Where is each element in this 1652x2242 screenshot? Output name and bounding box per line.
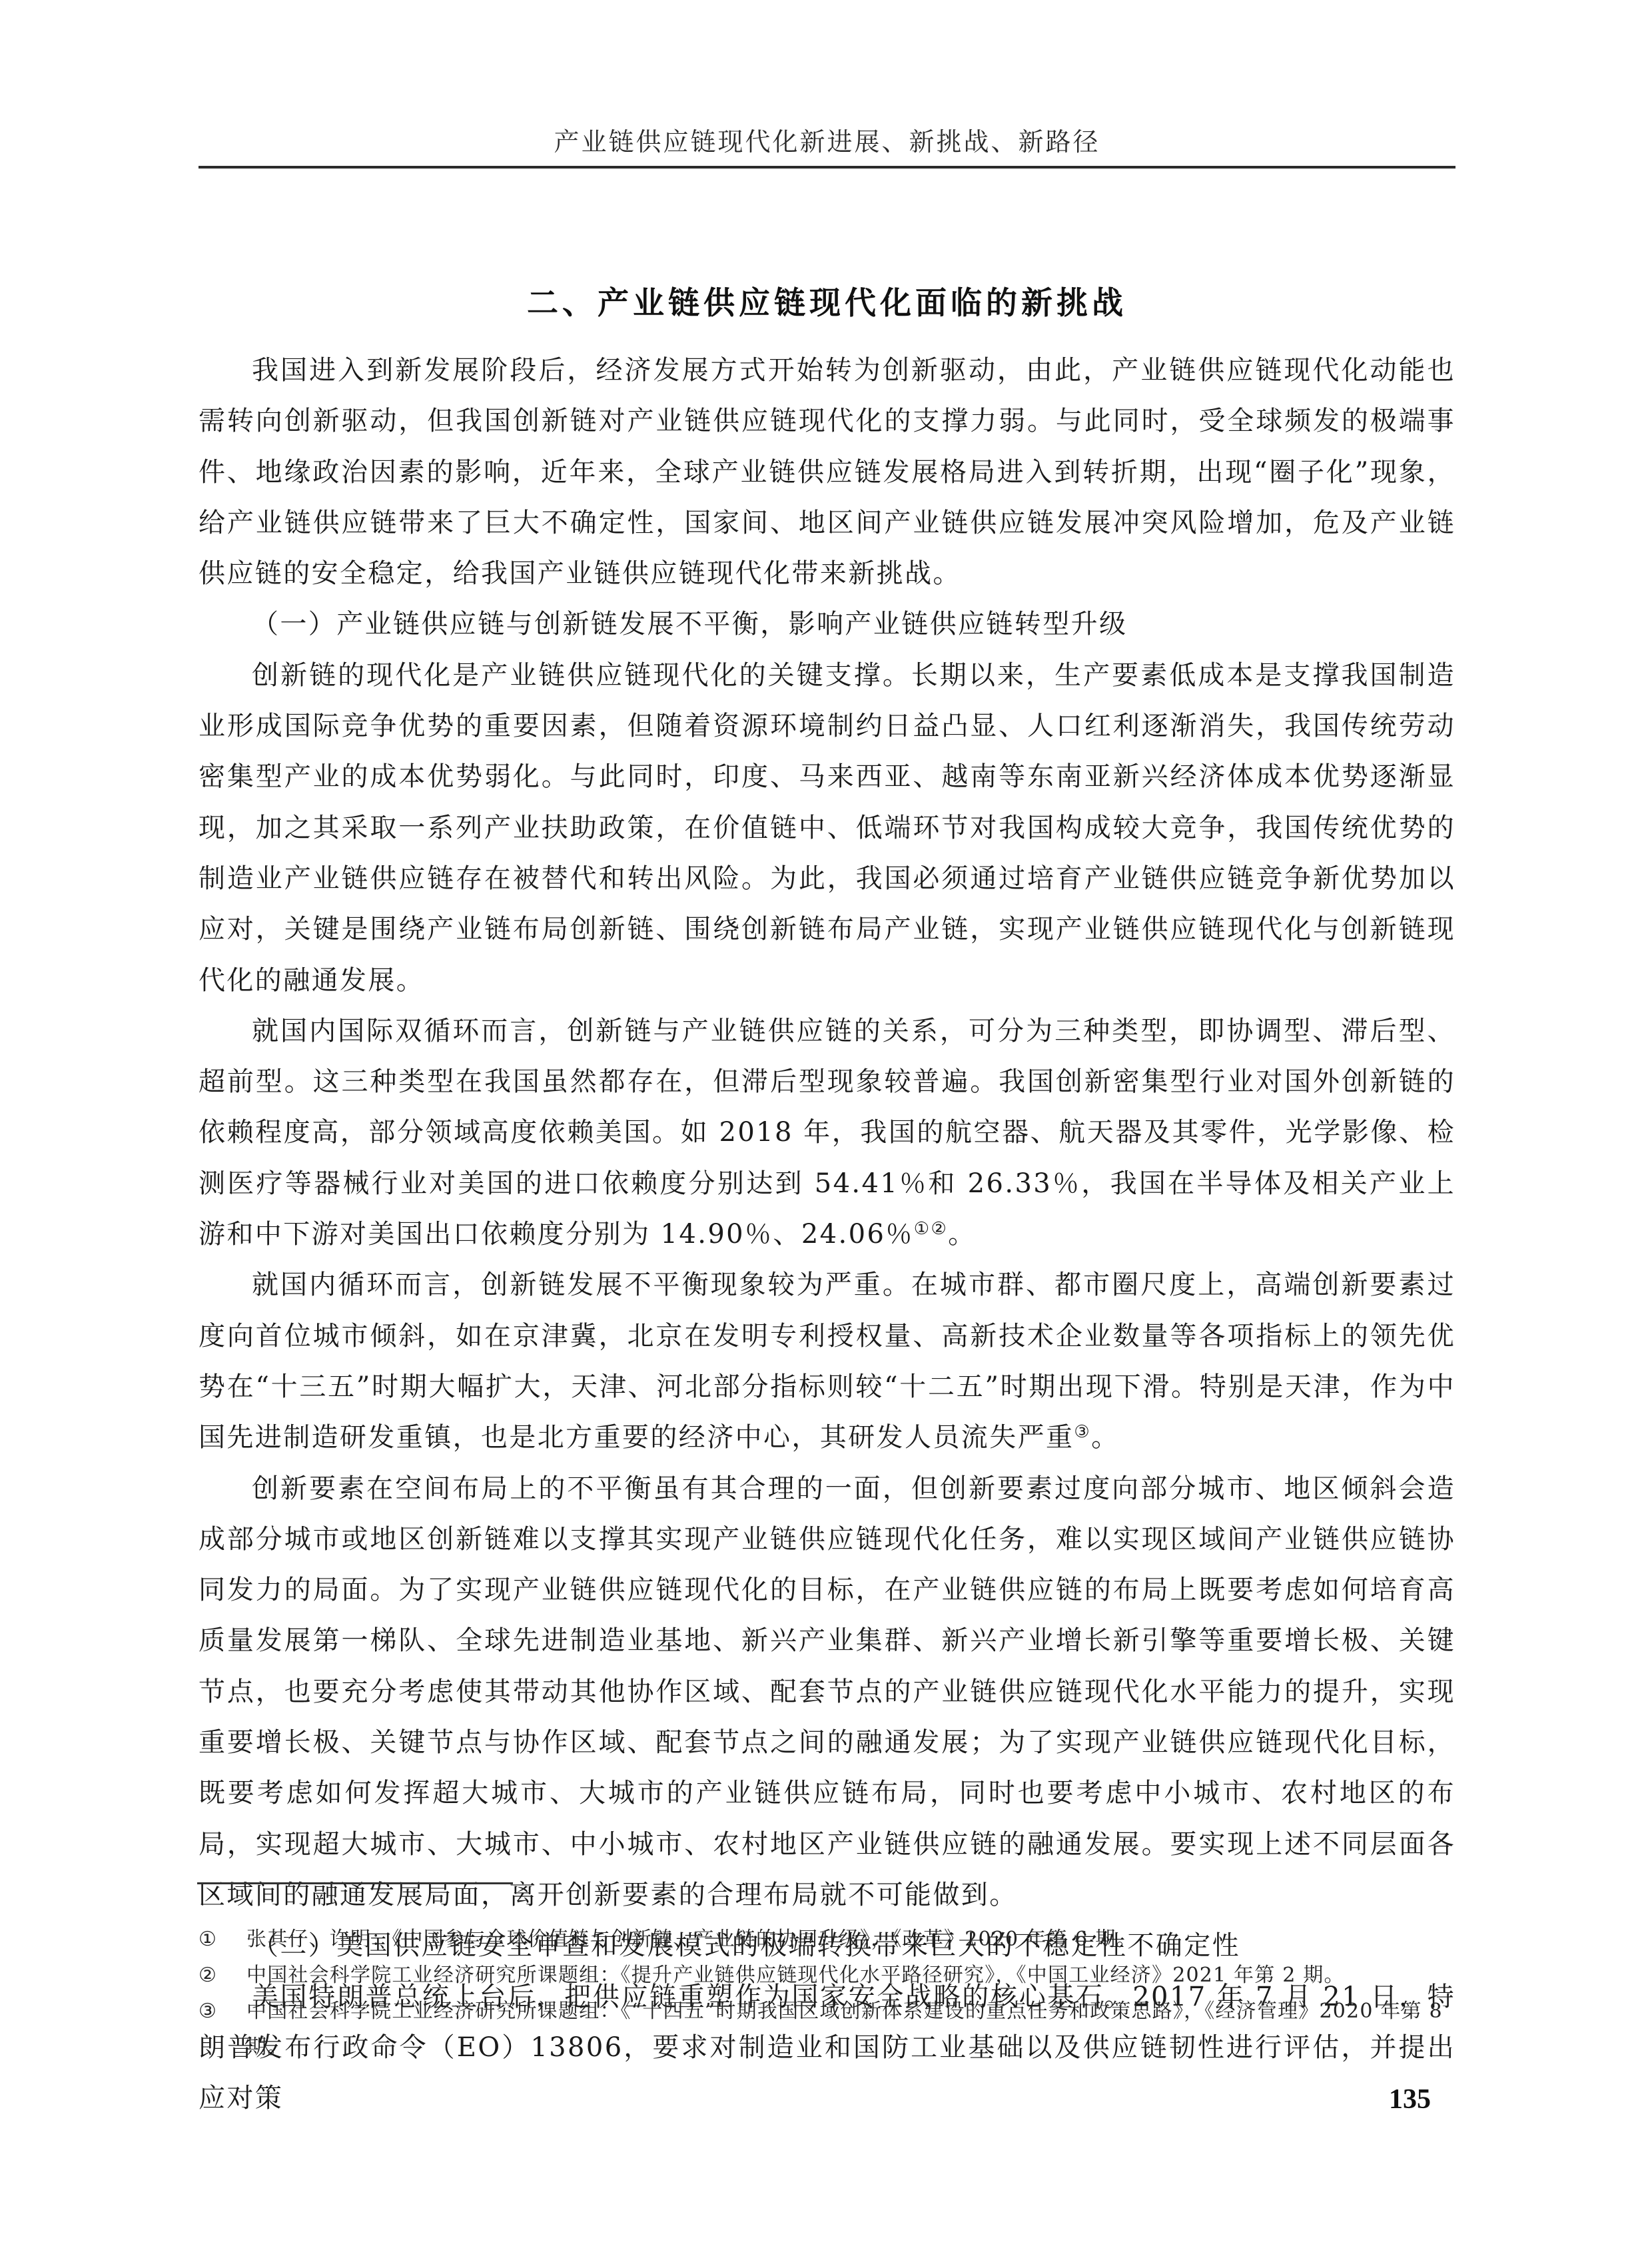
paragraph-spatial-layout: 创新要素在空间布局上的不平衡虽有其合理的一面，但创新要素过度向部分城市、地区倾斜…: [199, 1463, 1455, 1921]
footnote-1: ① 张其仔、许明：《中国参与全球价值链与创新链、产业链的协同升级》，《改革》20…: [199, 1922, 1455, 1958]
footnote-number: ③: [199, 1994, 246, 2030]
header-rule: [199, 166, 1455, 169]
paragraph-end: 。: [948, 1219, 976, 1250]
subheading-1: （一）产业链供应链与创新链发展不平衡，影响产业链供应链转型升级: [199, 599, 1455, 649]
footnotes: ① 张其仔、许明：《中国参与全球价值链与创新链、产业链的协同升级》，《改革》20…: [199, 1922, 1455, 2065]
footnote-number: ①: [199, 1922, 246, 1958]
footnote-ref[interactable]: ①②: [914, 1219, 948, 1239]
footnote-3: ③ 中国社会科学院工业经济研究所课题组：《“十四五”时期我国区域创新体系建设的重…: [199, 1994, 1455, 2065]
body-text: 我国进入到新发展阶段后，经济发展方式开始转为创新驱动，由此，产业链供应链现代化动…: [199, 345, 1455, 2123]
section-title: 二、产业链供应链现代化面临的新挑战: [199, 278, 1455, 323]
paragraph-text: 就国内循环而言，创新链发展不平衡现象较为严重。在城市群、都市圈尺度上，高端创新要…: [199, 1270, 1455, 1453]
footnote-ref[interactable]: ③: [1074, 1422, 1091, 1442]
footnote-2: ② 中国社会科学院工业经济研究所课题组：《提升产业链供应链现代化水平路径研究》，…: [199, 1958, 1455, 1994]
paragraph-dual-circulation: 就国内国际双循环而言，创新链与产业链供应链的关系，可分为三种类型，即协调型、滞后…: [199, 1006, 1455, 1260]
paragraph-innovation-chain: 创新链的现代化是产业链供应链现代化的关键支撑。长期以来，生产要素低成本是支撑我国…: [199, 650, 1455, 1006]
footnote-number: ②: [199, 1958, 246, 1994]
paragraph-end: 。: [1091, 1422, 1119, 1453]
footnote-text: 中国社会科学院工业经济研究所课题组：《“十四五”时期我国区域创新体系建设的重点任…: [246, 1994, 1455, 2065]
paragraph-intro: 我国进入到新发展阶段后，经济发展方式开始转为创新驱动，由此，产业链供应链现代化动…: [199, 345, 1455, 599]
page-number: 135: [1389, 2083, 1431, 2115]
running-head: 产业链供应链现代化新进展、新挑战、新路径: [199, 121, 1455, 158]
footnote-text: 张其仔、许明：《中国参与全球价值链与创新链、产业链的协同升级》，《改革》2020…: [246, 1922, 1455, 1958]
paragraph-domestic-circulation: 就国内循环而言，创新链发展不平衡现象较为严重。在城市群、都市圈尺度上，高端创新要…: [199, 1260, 1455, 1463]
footnote-text: 中国社会科学院工业经济研究所课题组：《提升产业链供应链现代化水平路径研究》，《中…: [246, 1958, 1455, 1994]
paragraph-text: 就国内国际双循环而言，创新链与产业链供应链的关系，可分为三种类型，即协调型、滞后…: [199, 1016, 1455, 1250]
footnote-separator: [197, 1882, 513, 1884]
